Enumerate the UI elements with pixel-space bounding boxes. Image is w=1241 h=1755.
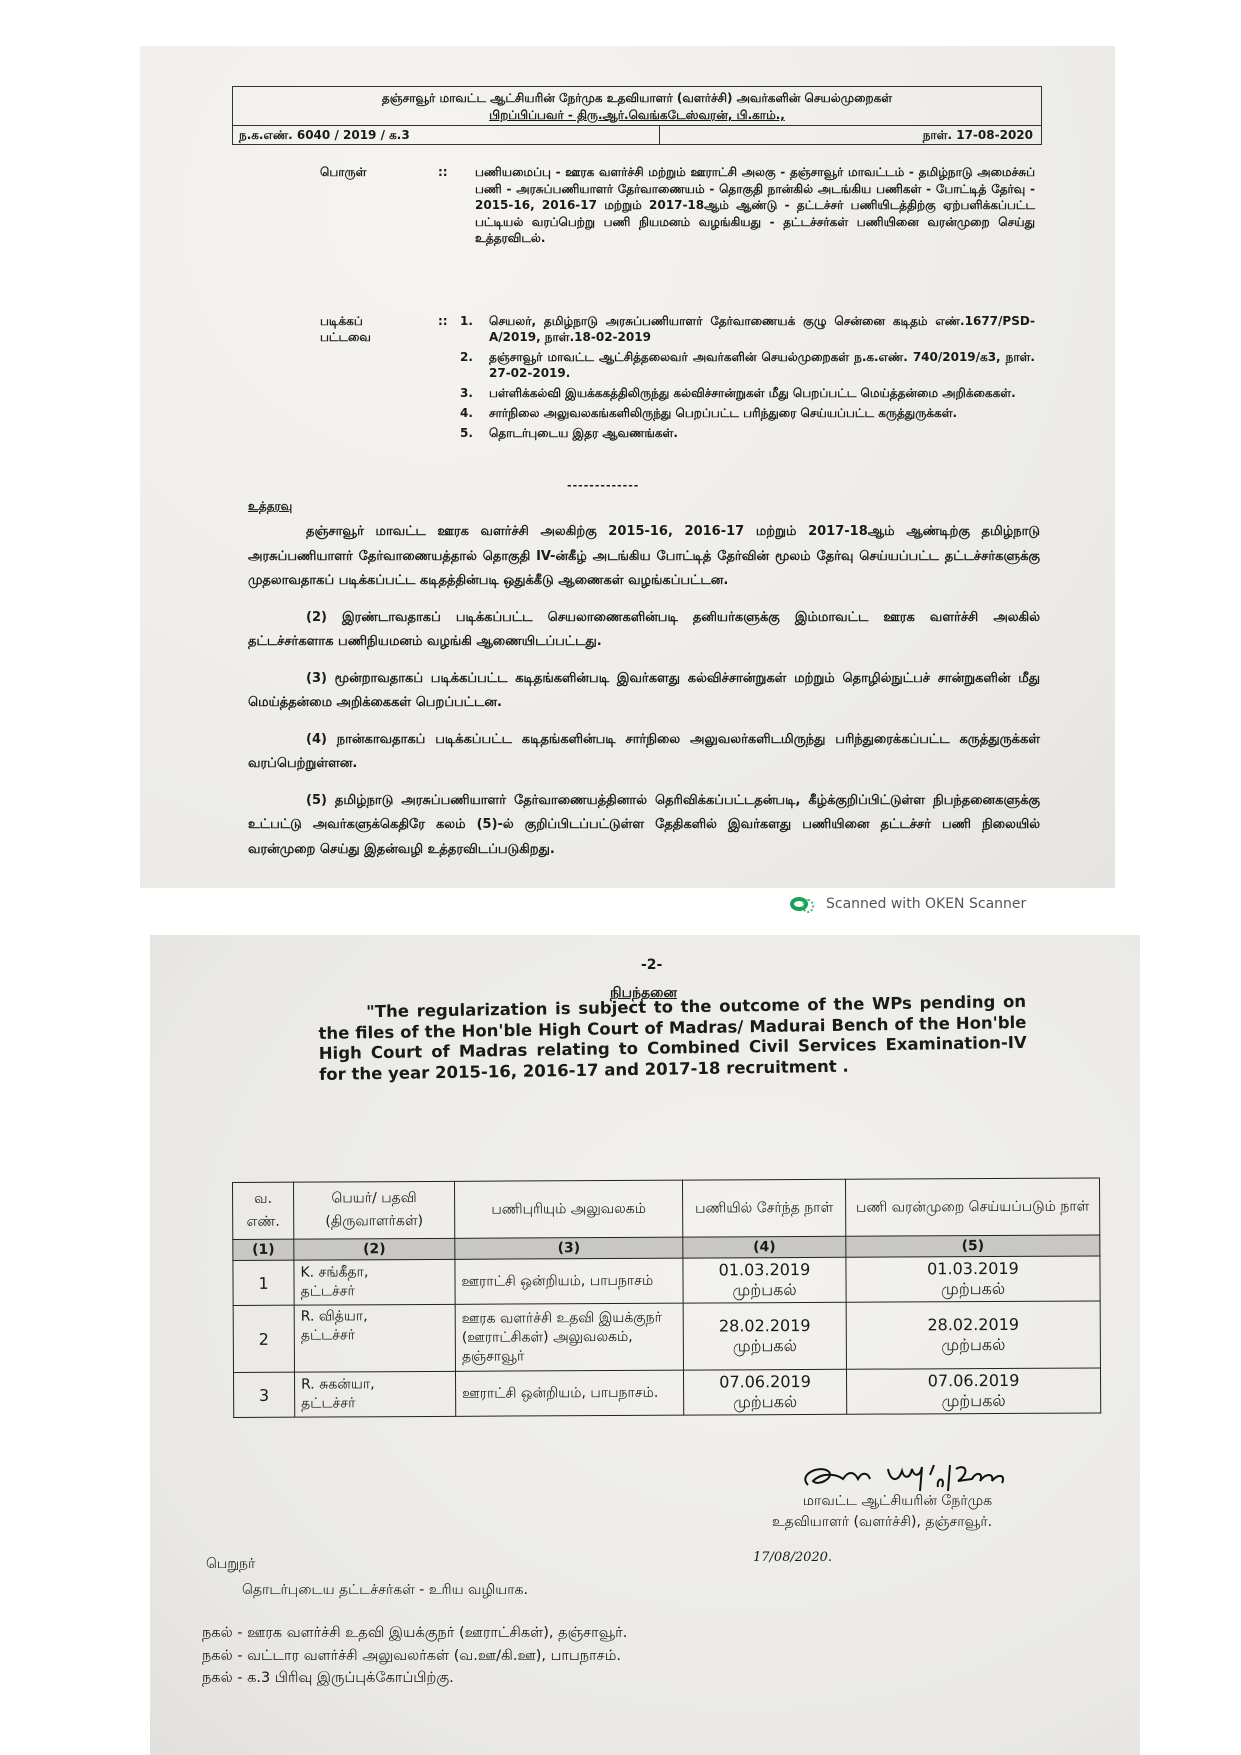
signatory-line-1: மாவட்ட ஆட்சியரின் நேர்முக (772, 1491, 992, 1512)
reference-item: 4.சார்நிலை அலுவலகங்களிலிருந்து பெறப்பட்ட… (460, 405, 1035, 421)
copy-list: நகல் - ஊரக வளர்ச்சி உதவி இயக்குநர் (ஊராட… (202, 1622, 627, 1690)
subject-text: பணியமைப்பு - ஊரக வளர்ச்சி மற்றும் ஊராட்ச… (475, 164, 1035, 247)
table-row: 1 K. சங்கீதா,தட்டச்சர் ஊராட்சி ஒன்றியம்,… (233, 1256, 1100, 1306)
recipient-label: பெறுநர் (206, 1556, 255, 1574)
condition-text: "The regularization is subject to the ou… (318, 992, 1027, 1085)
subject-colon: :: (438, 164, 448, 181)
header-serial: வ. எண். (233, 1182, 294, 1239)
header-name-post: பெயர்/ பதவி (திருவாளர்கள்) (294, 1181, 455, 1239)
order-paragraph: (5) தமிழ்நாடு அரசுப்பணியாளர் தேர்வாணையத்… (248, 789, 1040, 863)
copy-item: நகல் - க.3 பிரிவு இருப்புக்கோப்பிற்கு. (202, 1667, 627, 1690)
references-label: படிக்கப் பட்டவை (320, 313, 390, 345)
references-list: 1.செயலர், தமிழ்நாடு அரசுப்பணியாளர் தேர்வ… (460, 313, 1035, 445)
order-body: தஞ்சாவூர் மாவட்ட ஊரக வளர்ச்சி அலகிற்கு 2… (248, 520, 1040, 874)
table-row: 2 R. வித்யா,தட்டச்சர் ஊரக வளர்ச்சி உதவி … (233, 1301, 1100, 1373)
reference-number: ந.க.எண். 6040 / 2019 / க.3 (233, 126, 660, 144)
reference-item: 5.தொடர்புடைய இதர ஆவணங்கள். (460, 425, 1035, 441)
reference-item: 1.செயலர், தமிழ்நாடு அரசுப்பணியாளர் தேர்வ… (460, 313, 1035, 345)
copy-item: நகல் - ஊரக வளர்ச்சி உதவி இயக்குநர் (ஊராட… (202, 1622, 627, 1645)
page-number: -2- (641, 957, 662, 973)
order-date: நாள். 17-08-2020 (660, 126, 1041, 144)
references-colon: :: (438, 313, 448, 329)
copy-item: நகல் - வட்டார வளர்ச்சி அலுவலர்கள் (வ.ஊ/க… (202, 1645, 627, 1668)
signatory-line-2: உதவியாளர் (வளர்ச்சி), தஞ்சாவூர். (772, 1512, 992, 1533)
document-page-2: -2- நிபந்தனை "The regularization is subj… (150, 935, 1140, 1755)
oken-scanner-logo-icon (790, 897, 808, 911)
table-header-row: வ. எண். பெயர்/ பதவி (திருவாளர்கள்) பணிபு… (233, 1178, 1100, 1240)
recipient-text: தொடர்புடைய தட்டச்சர்கள் - உரிய வழியாக. (242, 1582, 528, 1600)
header-office: பணிபுரியும் அலுவலகம் (454, 1180, 682, 1238)
order-paragraph: தஞ்சாவூர் மாவட்ட ஊரக வளர்ச்சி அலகிற்கு 2… (248, 520, 1040, 594)
scanner-watermark: Scanned with OKEN Scanner (790, 893, 1026, 915)
letterhead-issuer: பிறப்பிப்பவர் - திரு.ஆர்.வெங்கடேஸ்வரன், … (233, 107, 1041, 124)
order-paragraph: (3) மூன்றாவதாகப் படிக்கப்பட்ட கடிதங்களின… (248, 667, 1040, 716)
reference-item: 3.பள்ளிக்கல்வி இயக்ககத்திலிருந்து கல்விச… (460, 385, 1035, 401)
order-paragraph: (4) நான்காவதாகப் படிக்கப்பட்ட கடிதங்களின… (248, 728, 1040, 777)
scanner-watermark-text: Scanned with OKEN Scanner (826, 896, 1026, 912)
header-joined-date: பணியில் சேர்ந்த நாள் (682, 1179, 845, 1237)
order-paragraph: (2) இரண்டாவதாகப் படிக்கப்பட்ட செயலாணைகளி… (248, 606, 1040, 655)
header-regularized-date: பணி வரன்முறை செய்யப்படும் நாள் (845, 1178, 1099, 1236)
table-row: 3 R. சுகன்யா,தட்டச்சர் ஊராட்சி ஒன்றியம்,… (233, 1368, 1100, 1418)
letterhead-box: தஞ்சாவூர் மாவட்ட ஆட்சியரின் நேர்முக உதவி… (232, 86, 1042, 145)
subject-label: பொருள் (320, 164, 367, 181)
handwritten-date: 17/08/2020. (753, 1550, 832, 1565)
order-heading: உத்தரவு (248, 499, 292, 515)
regularization-table: வ. எண். பெயர்/ பதவி (திருவாளர்கள்) பணிபு… (232, 1177, 1101, 1418)
document-page-1: தஞ்சாவூர் மாவட்ட ஆட்சியரின் நேர்முக உதவி… (140, 46, 1115, 888)
reference-item: 2.தஞ்சாவூர் மாவட்ட ஆட்சித்தலைவர் அவர்களி… (460, 349, 1035, 381)
section-divider: ------------- (567, 479, 639, 492)
letterhead-title: தஞ்சாவூர் மாவட்ட ஆட்சியரின் நேர்முக உதவி… (233, 90, 1041, 107)
signatory-block: மாவட்ட ஆட்சியரின் நேர்முக உதவியாளர் (வளர… (772, 1491, 992, 1533)
